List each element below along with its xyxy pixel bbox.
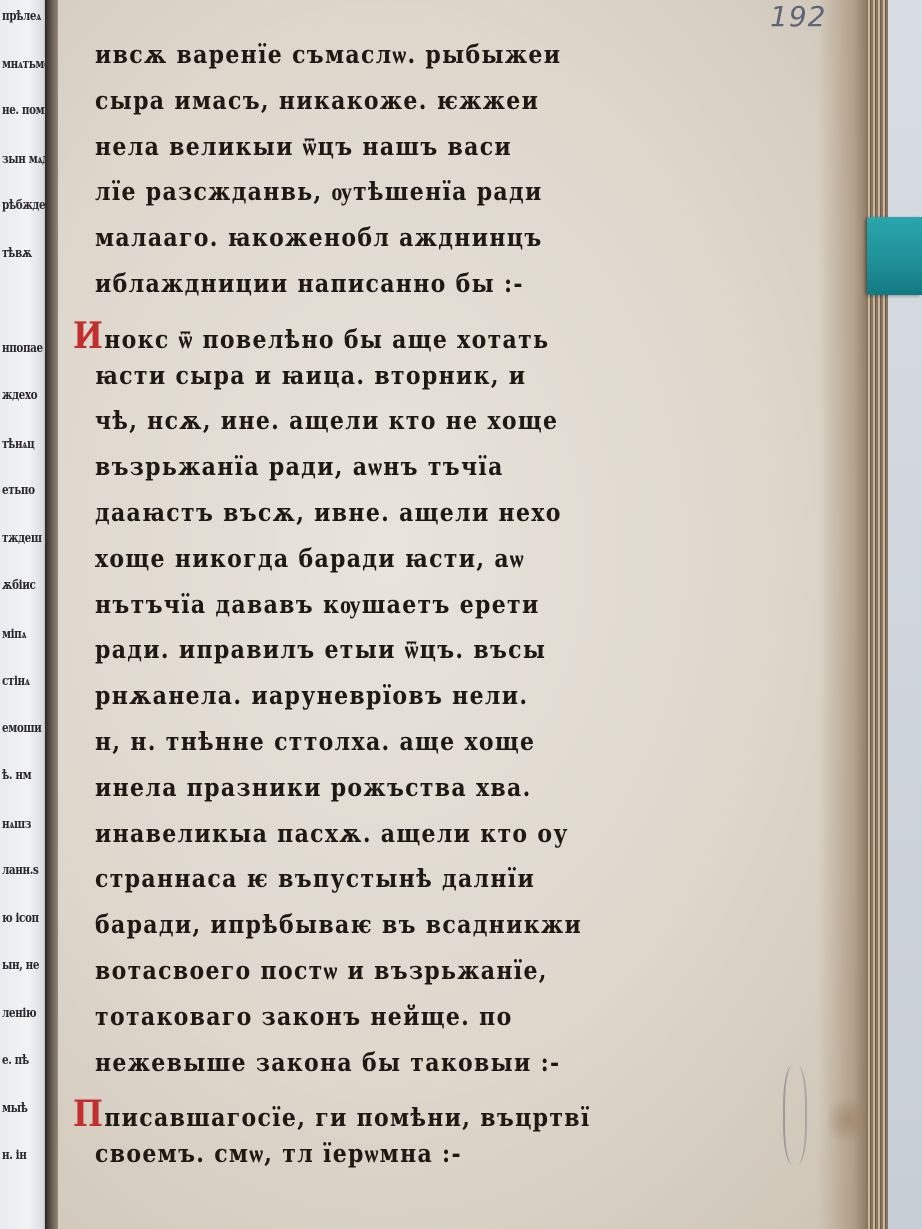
left-page-text-fragment: етьпо (2, 483, 35, 498)
line-text: нежевыше закона бы таковыи :- (95, 1048, 561, 1077)
paper-damage (828, 1093, 868, 1148)
text-line: ꙗсти сыра и ꙗица. вторник, и (95, 361, 526, 390)
text-line: тотаковаго законъ нейще. по (95, 1002, 513, 1031)
left-page-text-fragment: рѣбжде (2, 198, 45, 213)
line-text: сыра имасъ, никакоже. ѥжжеи (95, 86, 539, 115)
left-page-text-fragment: тѣнѧц (2, 436, 34, 452)
line-text: тотаковаго законъ нейще. по (95, 1002, 513, 1031)
left-page-text-fragment: ждехо (2, 388, 37, 403)
line-text: инела празники рожъства хва. (95, 773, 532, 802)
rubric-initial: П (73, 1093, 104, 1135)
line-text: н, н. тнѣннe сттолха. аще хоще (95, 727, 535, 756)
text-line: нътъчїа дававъ кѹшаетъ ерети (95, 590, 540, 620)
text-line: н, н. тнѣннe сттолха. аще хоще (95, 727, 535, 756)
left-page-text-fragment: ланн.ѕ (2, 863, 38, 878)
left-page-text-fragment: ю ісоп (2, 911, 39, 926)
line-text: страннаса ѥ въпустынѣ далнїи (95, 864, 535, 893)
left-facing-page: прѣлеѧмнѧтьмоуне. помизын мѧдрѣбждетѣвѫн… (0, 0, 50, 1229)
line-text: хоще никогда баради ꙗсти, аѡ (95, 544, 525, 573)
page-fore-edge (866, 0, 888, 1229)
text-line: чѣ, нсѫ, ине. ащели кто не хоще (95, 406, 558, 435)
text-line: ради. иправилъ етыи ѿцъ. въсы (95, 635, 546, 665)
line-text: иблаждниции написанно бы :- (95, 269, 524, 298)
line-text: ради. иправилъ етыи ѿцъ. въсы (95, 635, 546, 664)
text-line: рнѫанела. иаруневрїовъ нели. (95, 681, 528, 710)
left-page-text-fragment: тждеш (2, 531, 42, 546)
bookmark-tab (867, 217, 922, 295)
text-line: малааго. ꙗкоженобл ажднинцъ (95, 223, 543, 252)
left-page-text-fragment: мыѣ (2, 1101, 28, 1116)
left-page-text-fragment: емоши (2, 721, 41, 736)
left-page-text-fragment: мнѧтьмоу (2, 56, 50, 72)
line-text: дааꙗстъ въсѫ, ивне. ащели нехо (95, 498, 562, 527)
background (888, 0, 922, 1229)
text-line: инела празники рожъства хва. (95, 773, 532, 802)
text-line: инавеликыа пасхѫ. ащели кто оу (95, 819, 569, 848)
text-line: баради, ипрѣбываѥ въ всадникжи (95, 910, 582, 939)
left-page-text-fragment: не. поми (2, 103, 50, 118)
line-text: нела великыи ѿцъ нашъ васи (95, 132, 512, 161)
folio-number: 192 (770, 0, 826, 33)
line-text: вотасвоего постѡ и възрьжанїе, (95, 956, 548, 985)
text-line: своемъ. смѡ, тл їерѡмна :- (95, 1139, 462, 1169)
text-line: хоще никогда баради ꙗсти, аѡ (95, 544, 525, 574)
text-line: дааꙗстъ въсѫ, ивне. ащели нехо (95, 498, 562, 527)
line-text: нътъчїа дававъ кѹшаетъ ерети (95, 590, 540, 619)
left-page-text-fragment: н. ін (2, 1148, 26, 1163)
left-page-text-fragment: е. пѣ (2, 1053, 29, 1068)
left-page-text-fragment: нѧшз (2, 816, 31, 832)
line-text: своемъ. смѡ, тл їерѡмна :- (95, 1139, 462, 1168)
left-page-text-fragment: нпопае (2, 341, 43, 356)
left-page-text-fragment: ѣ. нм (2, 768, 31, 783)
text-line: Пписавшагосїе, ги помѣни, въцртвї (73, 1093, 591, 1135)
text-line: сыра имасъ, никакоже. ѥжжеи (95, 86, 539, 115)
pencil-mark (783, 1065, 807, 1165)
line-text: нокс ѿ повелѣно бы аще хотать (104, 325, 549, 354)
line-text: чѣ, нсѫ, ине. ащели кто не хоще (95, 406, 558, 435)
text-line: страннаса ѥ въпустынѣ далнїи (95, 864, 535, 893)
line-text: ꙗсти сыра и ꙗица. вторник, и (95, 361, 526, 390)
line-text: малааго. ꙗкоженобл ажднинцъ (95, 223, 543, 252)
line-text: ивсѫ варенїе съмаслѡ. рыбыжеи (95, 40, 561, 69)
line-text: баради, ипрѣбываѥ въ всадникжи (95, 910, 582, 939)
text-line: нежевыше закона бы таковыи :- (95, 1048, 561, 1077)
left-page-text-fragment: зын мѧд (2, 151, 49, 167)
left-page-text-fragment: міпѧ (2, 626, 26, 642)
line-text: възрьжанїа ради, аѡнъ тъчїа (95, 452, 504, 481)
manuscript-photo: прѣлеѧмнѧтьмоуне. помизын мѧдрѣбждетѣвѫн… (0, 0, 922, 1229)
left-page-text-fragment: ын, не (2, 958, 39, 973)
left-page-text-fragment: прѣлеѧ (2, 8, 41, 24)
text-line: възрьжанїа ради, аѡнъ тъчїа (95, 452, 504, 482)
left-page-text-fragment: ленію (2, 1006, 36, 1021)
line-text: рнѫанела. иаруневрїовъ нели. (95, 681, 528, 710)
line-text: писавшагосїе, ги помѣни, въцртвї (104, 1103, 590, 1132)
left-page-text-fragment: тѣвѫ (2, 246, 32, 261)
text-line: нела великыи ѿцъ нашъ васи (95, 132, 512, 162)
left-page-text-fragment: ѫбіис (2, 578, 35, 593)
left-page-text-fragment: стінѧ (2, 673, 30, 689)
text-line: лїе разсжданвь, ѹтѣшенїа ради (95, 177, 543, 207)
text-line: вотасвоего постѡ и възрьжанїе, (95, 956, 548, 986)
text-line: ивсѫ варенїе съмаслѡ. рыбыжеи (95, 40, 561, 70)
text-line: иблаждниции написанно бы :- (95, 269, 524, 298)
rubric-initial: И (73, 315, 104, 357)
line-text: лїе разсжданвь, ѹтѣшенїа ради (95, 177, 543, 206)
line-text: инавеликыа пасхѫ. ащели кто оу (95, 819, 569, 848)
text-line: Инокс ѿ повелѣно бы аще хотать (73, 315, 549, 357)
